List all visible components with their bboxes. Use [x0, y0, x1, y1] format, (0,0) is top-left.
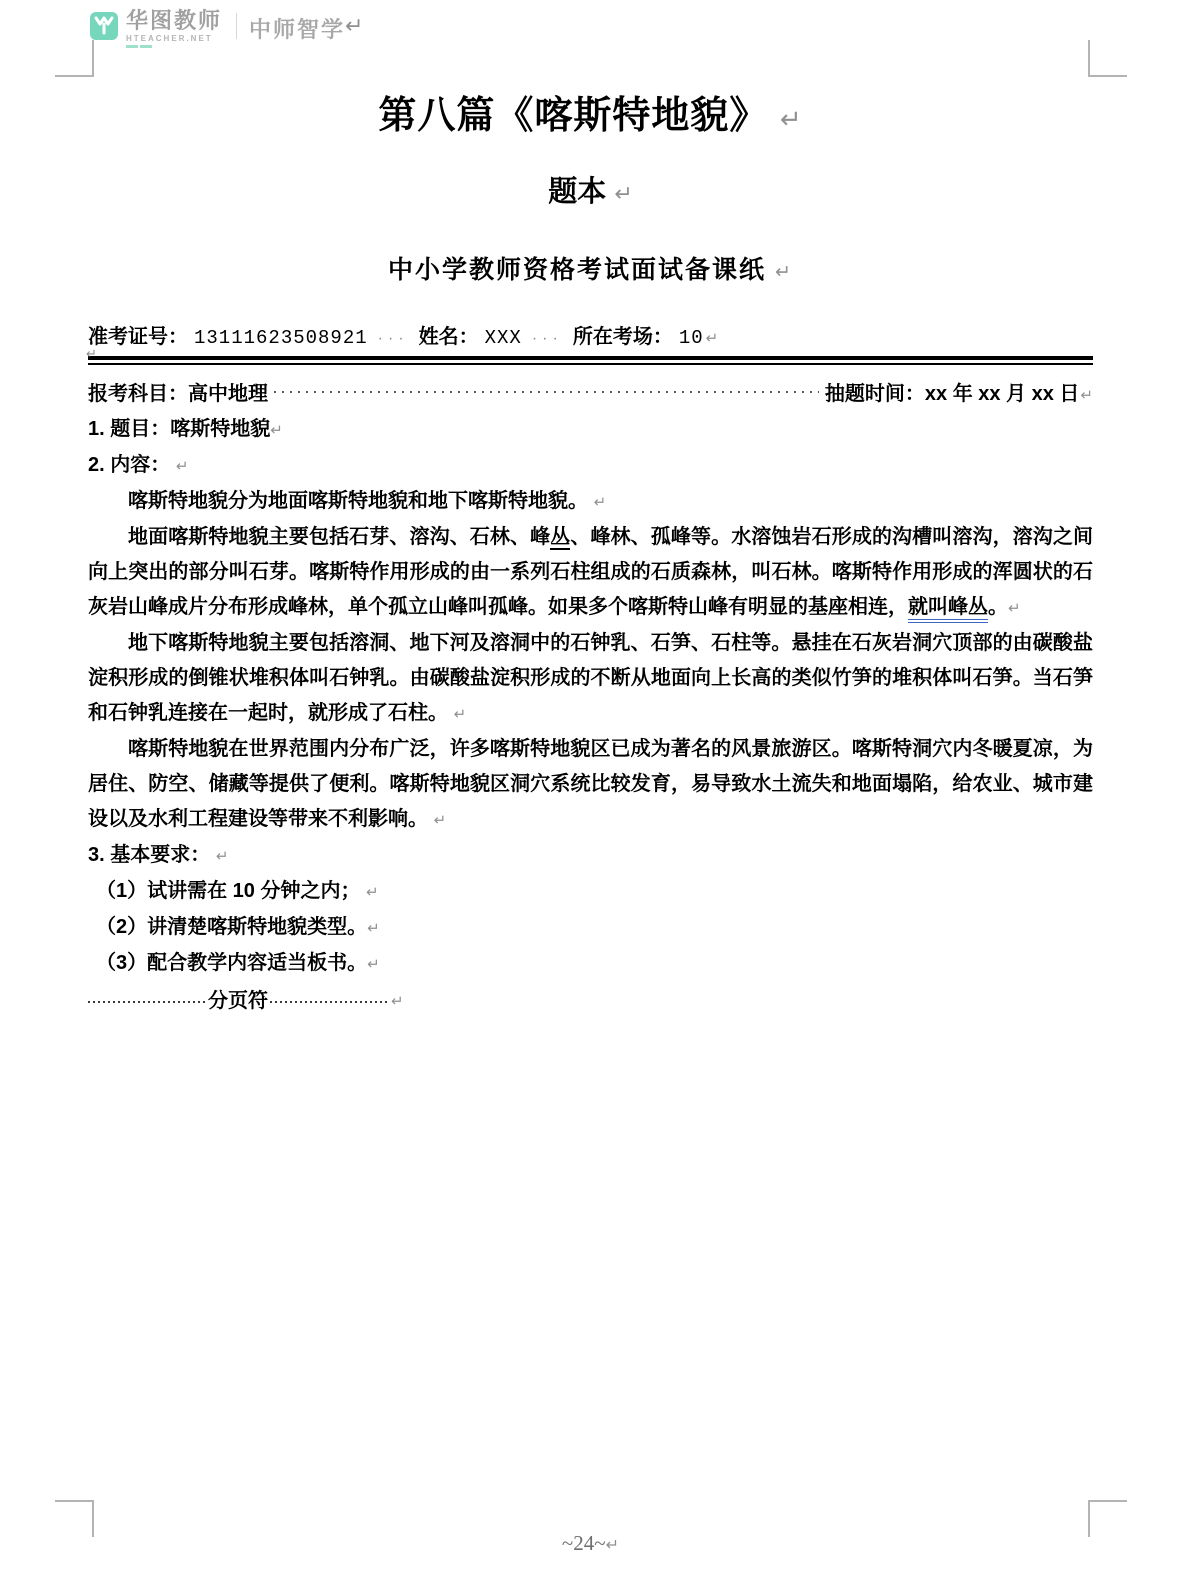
crop-mark-top-left — [55, 40, 94, 77]
pilcrow-mark: ↵ — [367, 920, 380, 937]
field-separator-dots: ··· — [532, 330, 563, 348]
candidate-info-row: 准考证号： 13111623508921 ··· 姓名： XXX ··· 所在考… — [88, 320, 1093, 349]
document-subtitle: 题本 — [548, 176, 606, 208]
question-title-text: 1. 题目：喀斯特地貌 — [88, 418, 270, 440]
requirements-section-line: 3. 基本要求： ↵ — [88, 838, 1093, 874]
page-number-line: ~24~↵ — [0, 1531, 1181, 1556]
requirement-2-text: （2）讲清楚喀斯特地貌类型。 — [96, 916, 367, 938]
page-break-marker: 分页符 ↵ — [88, 984, 1093, 1019]
brand-product-name: 中师智学 — [249, 13, 345, 44]
pilcrow-mark: ↵ — [367, 956, 380, 973]
hteacher-logo-icon — [90, 12, 118, 40]
draw-time-value: xx 年 xx 月 xx 日 — [925, 377, 1080, 406]
paragraph-2: 地面喀斯特地貌主要包括石芽、溶沟、石林、峰丛、峰林、孤峰等。水溶蚀岩石形成的沟槽… — [88, 520, 1093, 626]
requirement-3-text: （3）配合教学内容适当板书。 — [96, 952, 367, 974]
brand-domain: HTEACHER.NET — [126, 35, 222, 43]
dotted-leader — [274, 391, 819, 393]
subject-label: 报考科目： — [88, 377, 188, 406]
paragraph-4-text: 喀斯特地貌在世界范围内分布广泛，许多喀斯特地貌区已成为著名的风景旅游区。喀斯特洞… — [88, 738, 1093, 830]
pilcrow-mark: ↵ — [454, 706, 467, 723]
pilcrow-mark: ↵ — [345, 13, 365, 39]
page-number: ~24~ — [562, 1531, 606, 1555]
question-title-line: 1. 题目：喀斯特地貌↵ — [88, 412, 1093, 448]
name-value: XXX — [485, 327, 522, 349]
logo-header: 华图教师 HTEACHER.NET 中师智学 ↵ — [0, 0, 1181, 58]
exam-room-value: 10 — [679, 327, 704, 349]
paragraph-2-text: 。 — [988, 596, 1008, 618]
requirement-1-text: （1）试讲需在 10 分钟之内； — [96, 880, 360, 902]
pilcrow-mark: ↵ — [270, 422, 283, 439]
paragraph-1-text: 喀斯特地貌分为地面喀斯特地貌和地下喀斯特地貌。 — [128, 490, 588, 512]
paragraph-3-text: 地下喀斯特地貌主要包括溶洞、地下河及溶洞中的石钟乳、石笋、石柱等。悬挂在石灰岩洞… — [88, 632, 1093, 724]
content-section-text: 2. 内容： — [88, 454, 170, 476]
pilcrow-mark: ↵ — [434, 812, 447, 829]
draw-time-label: 抽题时间： — [825, 377, 925, 406]
divider-section: ↵ — [88, 356, 1093, 365]
underlined-term: 丛 — [550, 526, 570, 550]
page-break-dots-left — [88, 1001, 206, 1003]
pilcrow-mark: ↵ — [86, 346, 97, 362]
pilcrow-mark: ↵ — [706, 329, 719, 347]
document-subtitle-line: 题本 ↵ — [0, 169, 1181, 210]
content-section-line: 2. 内容： ↵ — [88, 448, 1093, 484]
pilcrow-mark: ↵ — [780, 104, 803, 134]
crop-mark-top-right — [1088, 40, 1127, 77]
paragraph-3: 地下喀斯特地貌主要包括溶洞、地下河及溶洞中的石钟乳、石笋、石柱等。悬挂在石灰岩洞… — [88, 626, 1093, 732]
name-label: 姓名： — [419, 320, 479, 349]
paragraph-2-text: 地面喀斯特地貌主要包括石芽、溶沟、石林、峰 — [128, 526, 550, 548]
requirement-1: （1）试讲需在 10 分钟之内； ↵ — [88, 874, 1093, 910]
document-title: 第八篇《喀斯特地貌》 — [378, 95, 768, 137]
double-horizontal-rule — [88, 356, 1093, 365]
admission-number-value: 13111623508921 — [194, 327, 368, 349]
brand-text-block: 华图教师 HTEACHER.NET — [126, 10, 222, 49]
paragraph-1: 喀斯特地貌分为地面喀斯特地貌和地下喀斯特地貌。 ↵ — [88, 484, 1093, 520]
page-break-label: 分页符 — [208, 984, 268, 1019]
form-heading-line: 中小学教师资格考试面试备课纸 ↵ — [0, 250, 1181, 286]
admission-number-label: 准考证号： — [88, 320, 188, 349]
field-separator-dots: ··· — [378, 330, 409, 348]
pilcrow-mark: ↵ — [594, 494, 607, 511]
grammar-underlined-phrase: 就叫峰丛 — [908, 596, 988, 623]
paragraph-4: 喀斯特地貌在世界范围内分布广泛，许多喀斯特地貌区已成为著名的风景旅游区。喀斯特洞… — [88, 732, 1093, 838]
pilcrow-mark: ↵ — [1008, 600, 1021, 617]
exam-room-label: 所在考场： — [573, 320, 673, 349]
pilcrow-mark: ↵ — [606, 1537, 619, 1554]
page-break-dots-right — [270, 1001, 388, 1003]
pilcrow-mark: ↵ — [775, 262, 793, 283]
logo-divider — [236, 13, 237, 39]
subject-info-row: 报考科目： 高中地理 抽题时间： xx 年 xx 月 xx 日 ↵ — [88, 377, 1093, 406]
subject-value: 高中地理 — [188, 377, 268, 406]
pilcrow-mark: ↵ — [1080, 386, 1093, 404]
brand-name: 华图教师 — [126, 10, 222, 32]
form-heading: 中小学教师资格考试面试备课纸 — [388, 256, 766, 284]
pilcrow-mark: ↵ — [216, 848, 229, 865]
requirement-3: （3）配合教学内容适当板书。↵ — [88, 946, 1093, 982]
pilcrow-mark: ↵ — [614, 181, 632, 206]
requirements-section-text: 3. 基本要求： — [88, 844, 210, 866]
brand-underline-decor — [126, 45, 152, 49]
document-page: 华图教师 HTEACHER.NET 中师智学 ↵ 第八篇《喀斯特地貌》 ↵ 题本… — [0, 0, 1181, 1570]
requirement-2: （2）讲清楚喀斯特地貌类型。↵ — [88, 910, 1093, 946]
pilcrow-mark: ↵ — [176, 458, 189, 475]
document-title-line: 第八篇《喀斯特地貌》 ↵ — [0, 84, 1181, 139]
pilcrow-mark: ↵ — [391, 984, 404, 1019]
document-body: 1. 题目：喀斯特地貌↵ 2. 内容： ↵ 喀斯特地貌分为地面喀斯特地貌和地下喀… — [88, 412, 1093, 1019]
pilcrow-mark: ↵ — [366, 884, 379, 901]
